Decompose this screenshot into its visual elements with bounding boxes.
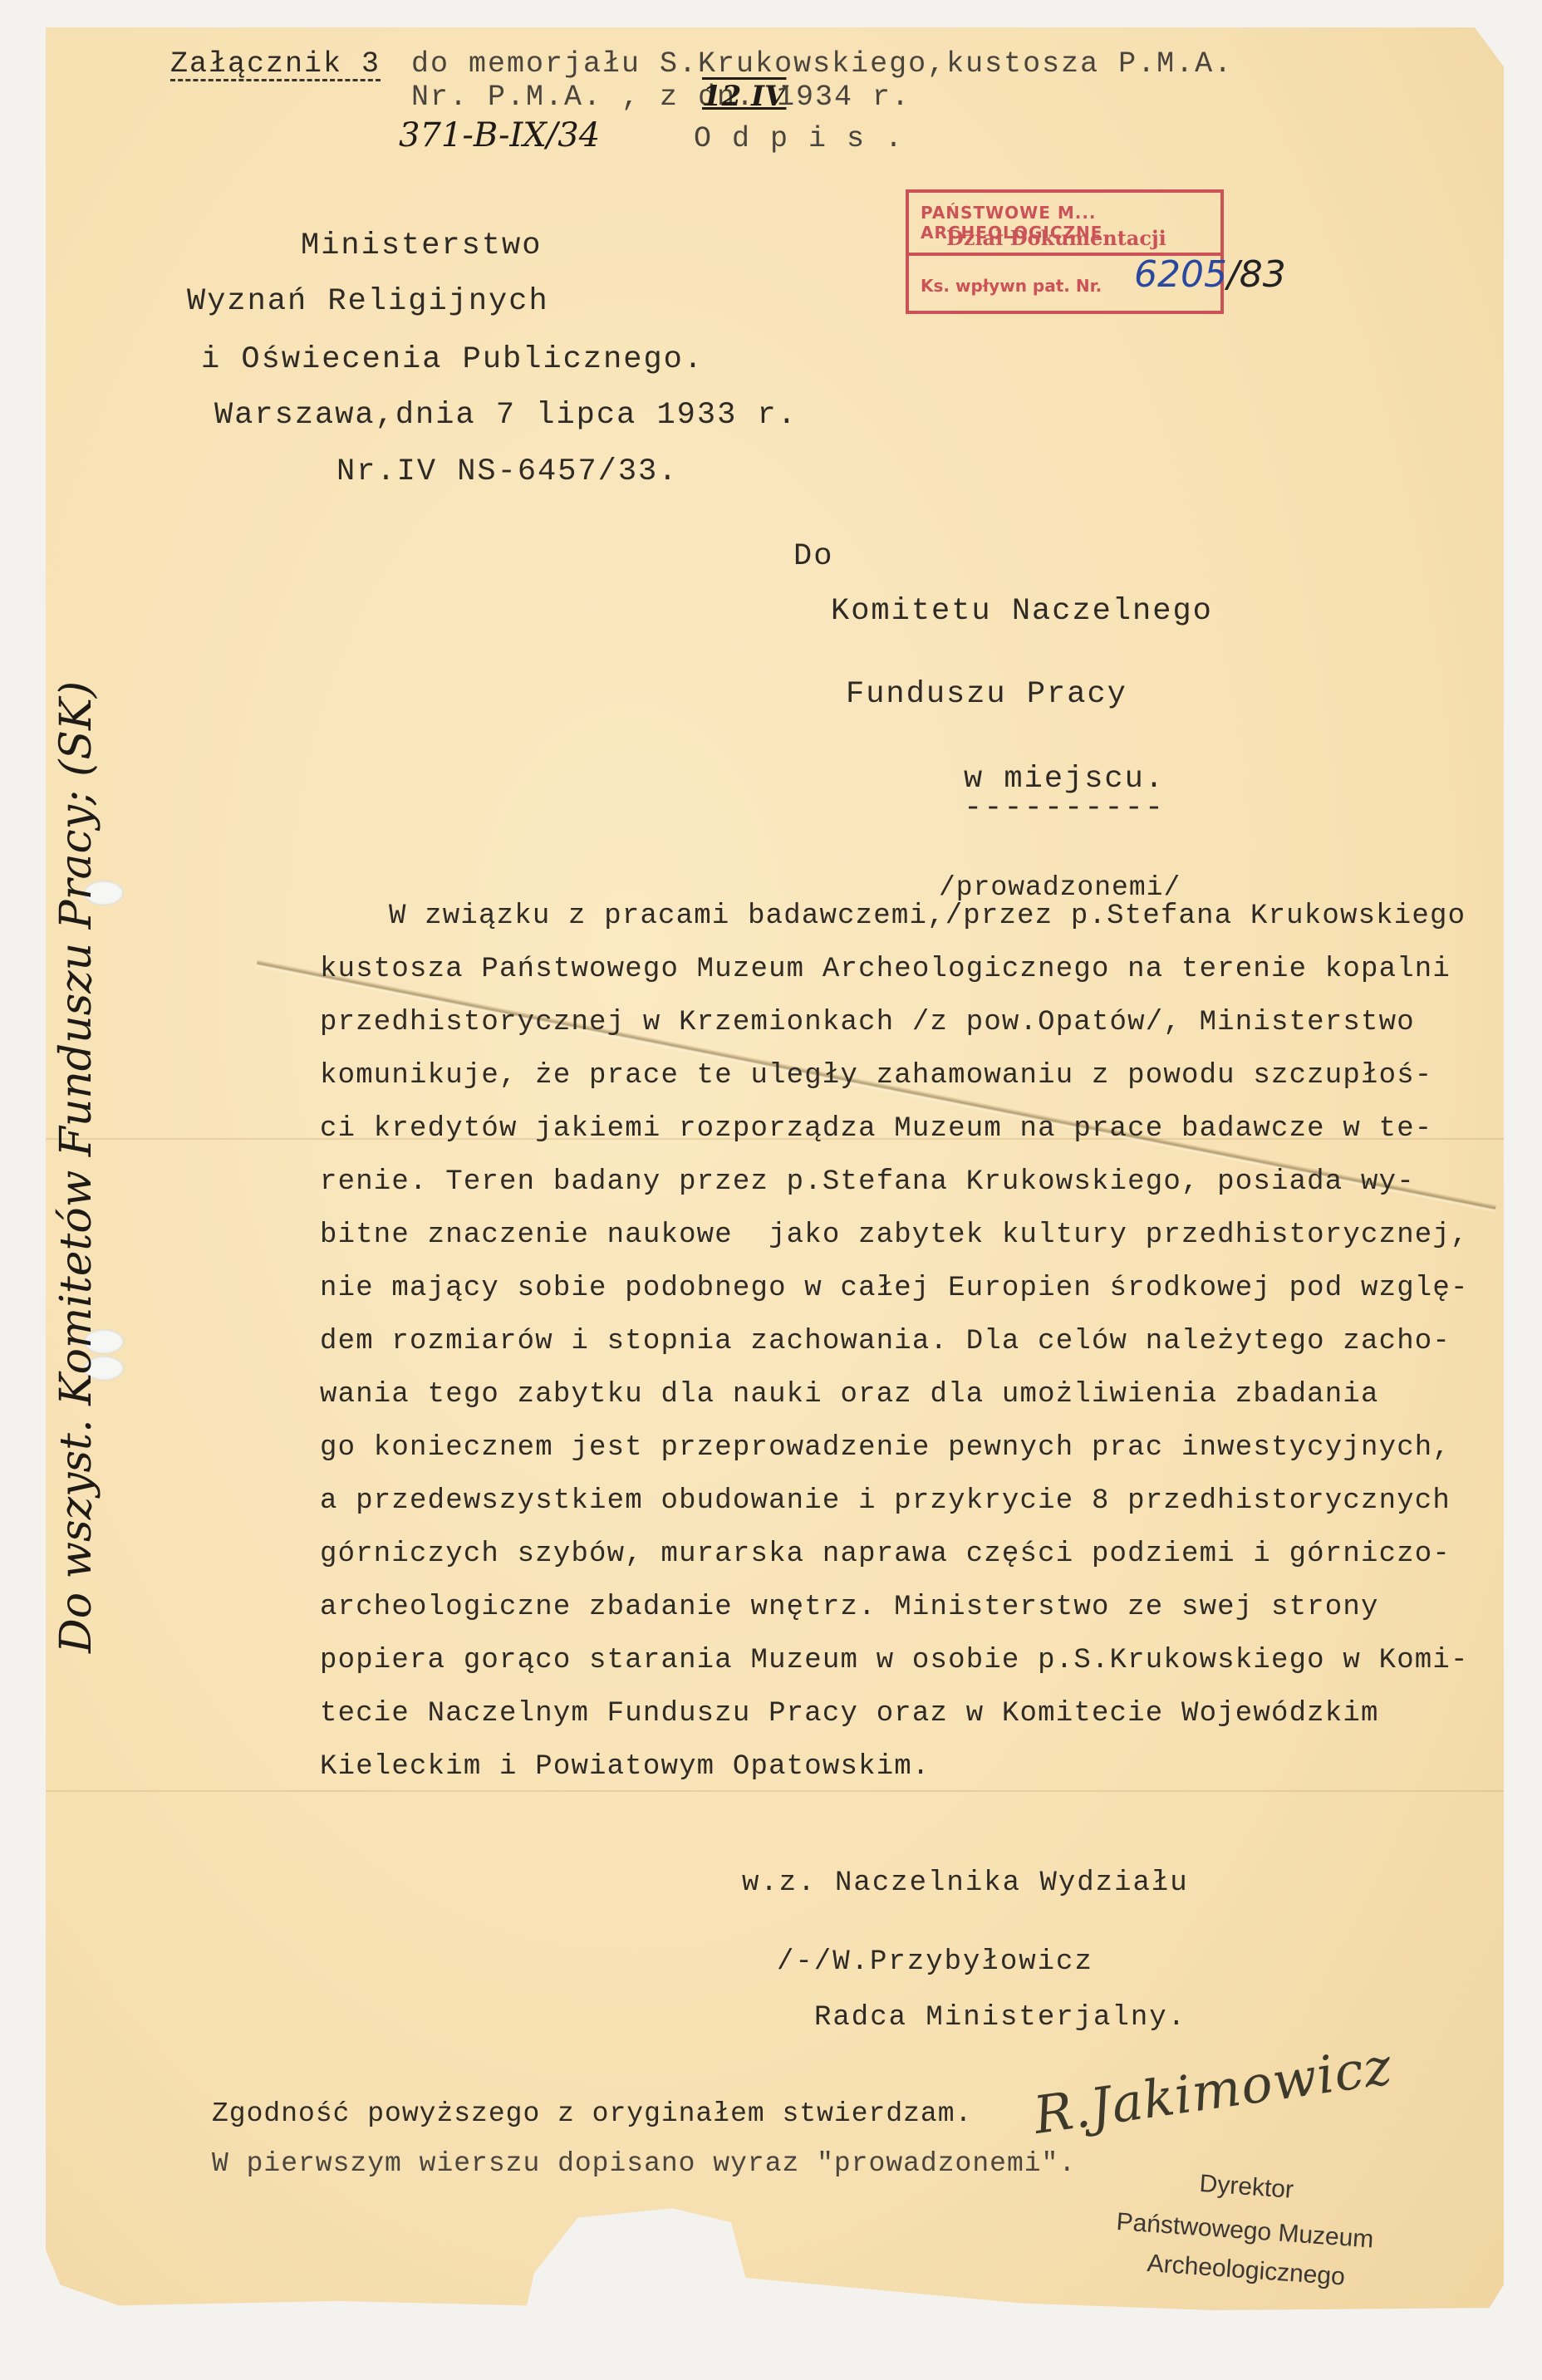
certification-line-2: W pierwszym wierszu dopisano wyraz "prow… (212, 2150, 1076, 2177)
stamp-register-number: 6205/83 (1134, 253, 1286, 296)
body-line: komunikuje, że prace te uległy zahamowan… (320, 1062, 1432, 1090)
sender-reference-number: Nr.IV NS-6457/33. (336, 457, 678, 488)
attachment-description: do memorjału S.Krukowskiego,kustosza P.M… (411, 50, 1233, 79)
body-line: renie. Teren badany przez p.Stefana Kruk… (320, 1168, 1415, 1196)
body-line: wania tego zabytku dla nauki oraz dla um… (320, 1381, 1379, 1409)
inserted-word: /prowadzonemi/ (939, 872, 1181, 903)
body-line: dem rozmiarów i stopnia zachowania. Dla … (320, 1327, 1451, 1356)
stamp-department: Dział Dokumentacji (946, 226, 1166, 250)
body-line: tecie Naczelnym Funduszu Pracy oraz w Ko… (320, 1700, 1379, 1728)
recipient-line-1: Komitetu Naczelnego (831, 596, 1213, 627)
handwritten-reference: 371-B-IX/34 (399, 116, 600, 155)
body-line: popiera gorąco starania Muzeum w osobie … (320, 1646, 1469, 1675)
body-line: górniczych szybów, murarska naprawa częś… (320, 1540, 1451, 1568)
sender-line-2: Wyznań Religijnych (187, 287, 549, 317)
place-date: Warszawa,dnia 7 lipca 1933 r. (214, 400, 798, 431)
recipient-to: Do (793, 542, 833, 572)
sender-line-3: i Oświecenia Publicznego. (201, 345, 704, 375)
signatory-title: Radca Ministerjalny. (814, 2004, 1186, 2032)
body-line: kustosza Państwowego Muzeum Archeologicz… (320, 955, 1451, 984)
body-line: Kieleckim i Powiatowym Opatowskim. (320, 1753, 931, 1781)
recipient-line-2: Funduszu Pracy (846, 680, 1127, 710)
handwritten-date: 12 IV (702, 80, 786, 113)
sender-line-1: Ministerstwo (301, 231, 542, 262)
fold-line (46, 1790, 1504, 1792)
body-line: W związku z pracami badawczemi,/przez p.… (389, 902, 1466, 930)
margin-handwritten-note: Do wszyst. Komitetów Funduszu Pracy; (SK… (52, 739, 110, 1653)
body-line: archeologiczne zbadanie wnętrz. Minister… (320, 1593, 1379, 1622)
attachment-label: Załącznik 3 (170, 50, 381, 81)
acting-for: w.z. Naczelnika Wydziału (742, 1869, 1189, 1897)
body-line: przedhistorycznej w Krzemionkach /z pow.… (320, 1008, 1415, 1037)
stamp-number-blue: 6205 (1134, 253, 1227, 296)
body-line: ci kredytów jakiemi rozporządza Muzeum n… (320, 1115, 1432, 1143)
body-line: go koniecznem jest przeprowadzenie pewny… (320, 1434, 1451, 1462)
recipient-rule: ---------- (964, 791, 1165, 826)
signatory-name: /-/W.Przybyłowicz (777, 1948, 1093, 1976)
stamp-register-label: Ks. wpływn pat. Nr. (921, 276, 1102, 296)
body-line: nie mający sobie podobnego w całej Europ… (320, 1274, 1469, 1303)
body-line: a przedewszystkiem obudowanie i przykryc… (320, 1487, 1451, 1515)
copy-mark: O d p i s . (694, 125, 904, 154)
body-line: bitne znaczenie naukowe jako zabytek kul… (320, 1221, 1469, 1249)
stamp-number-pen: /83 (1227, 253, 1286, 296)
reference-year: 1934 r. (777, 83, 911, 112)
certification-line-1: Zgodność powyższego z oryginałem stwierd… (212, 2100, 972, 2127)
